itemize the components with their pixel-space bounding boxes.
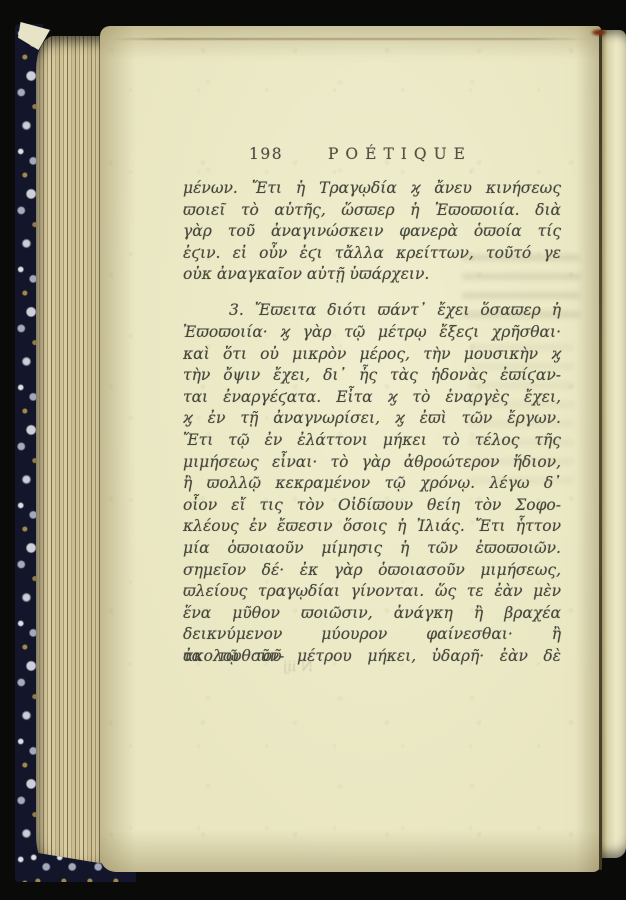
- greek-text-line: Ἔτι τῷ ἐν ἐλάττονι μήκει τὸ τέλος τῆς: [183, 430, 561, 452]
- greek-text-line: τὴν ὄψιν ἔχει, δι᾽ ἧς τὰς ἡδονὰς ἐϖίϛαν-: [183, 365, 561, 387]
- greek-text-line: μένων. Ἔτι ἡ Τραγῳδία ϗ ἄνευ κινήσεως: [183, 178, 561, 200]
- greek-text-line: καὶ ὅτι οὐ μικρὸν μέρος, τὴν μουσικὴν ϗ: [183, 344, 561, 366]
- greek-text-block: μένων. Ἔτι ἡ Τραγῳδία ϗ ἄνευ κινήσεως ϖο…: [183, 178, 561, 668]
- greek-text-line: οἷον εἴ τις τὸν Οἰδίϖουν θείη τὸν Σοφο-: [183, 495, 561, 517]
- greek-text-line: ἢ ϖολλῷ κεκραμένον τῷ χρόνῳ. λέγω δ᾽: [183, 473, 561, 495]
- greek-text-line: μία ὁϖοιαοῦν μίμησις ἡ τῶν ἐϖοϖοιῶν.: [183, 538, 561, 560]
- showthrough-signature-mark: N iij: [270, 659, 326, 675]
- greek-text-line: δεικνύμενον μύουρον φαίνεσθαι· ἢ ἀκολουθ…: [183, 624, 561, 646]
- greek-text-line: 3. Ἔϖειτα διότι ϖάντ᾽ ἔχει ὅσαϖερ ἡ: [183, 300, 561, 322]
- greek-text-line: οὐκ ἀναγκαῖον αὐτῇ ὑϖάρχειν.: [183, 264, 561, 286]
- running-title: POÉTIQUE: [328, 145, 472, 163]
- edge-stain: [591, 29, 607, 36]
- book-scan: 198 POÉTIQUE μένων. Ἔτι ἡ Τραγῳδία ϗ ἄνε…: [0, 0, 626, 900]
- greek-text-line: γὰρ τοῦ ἀναγινώσκειν φανερὰ ὁϖοία τίς: [183, 221, 561, 243]
- page-gutter-line: [599, 30, 602, 870]
- book-page: 198 POÉTIQUE μένων. Ἔτι ἡ Τραγῳδία ϗ ἄνε…: [100, 26, 601, 872]
- greek-text-line: ἕνα μῦθον ϖοιῶσιν, ἀνάγκη ἢ βραχέα: [183, 603, 561, 625]
- greek-text-line: μιμήσεως εἶναι· τὸ γὰρ ἀθροώτερον ἥδιον,: [183, 452, 561, 474]
- greek-text-line: ται ἐναργέϛατα. Εἶτα ϗ τὸ ἐναργὲς ἔχει,: [183, 387, 561, 409]
- greek-text-line: Ἐϖοϖοιία· ϗ γὰρ τῷ μέτρῳ ἔξεϛι χρῆσθαι·: [183, 322, 561, 344]
- greek-text-line: τα τῷ τοῦ μέτρου μήκει, ὑδαρῆ· ἐὰν δὲ: [183, 646, 561, 668]
- page-top-edge-line: [110, 38, 588, 40]
- facing-page-edge: [602, 30, 626, 858]
- greek-text-line: ϗ ἐν τῇ ἀναγνωρίσει, ϗ ἐϖὶ τῶν ἔργων.: [183, 408, 561, 430]
- page-number: 198: [249, 145, 283, 163]
- greek-text-line: κλέους ἐν ἔϖεσιν ὅσοις ἡ Ἰλιάς. Ἔτι ἧττο…: [183, 516, 561, 538]
- greek-text-line: ϖλείους τραγῳδίαι γίνονται. ὥς τε ἐὰν μὲ…: [183, 581, 561, 603]
- greek-text-line: ἐϛιν. εἰ οὖν ἐϛι τἄλλα κρείττων, τοῦτό γ…: [183, 243, 561, 265]
- greek-text-line: ϖοιεῖ τὸ αὑτῆς, ὥσϖερ ἡ Ἐϖοϖοιία. διὰ: [183, 200, 561, 222]
- greek-text-line: σημεῖον δέ· ἐκ γὰρ ὁϖοιασοῦν μιμήσεως,: [183, 560, 561, 582]
